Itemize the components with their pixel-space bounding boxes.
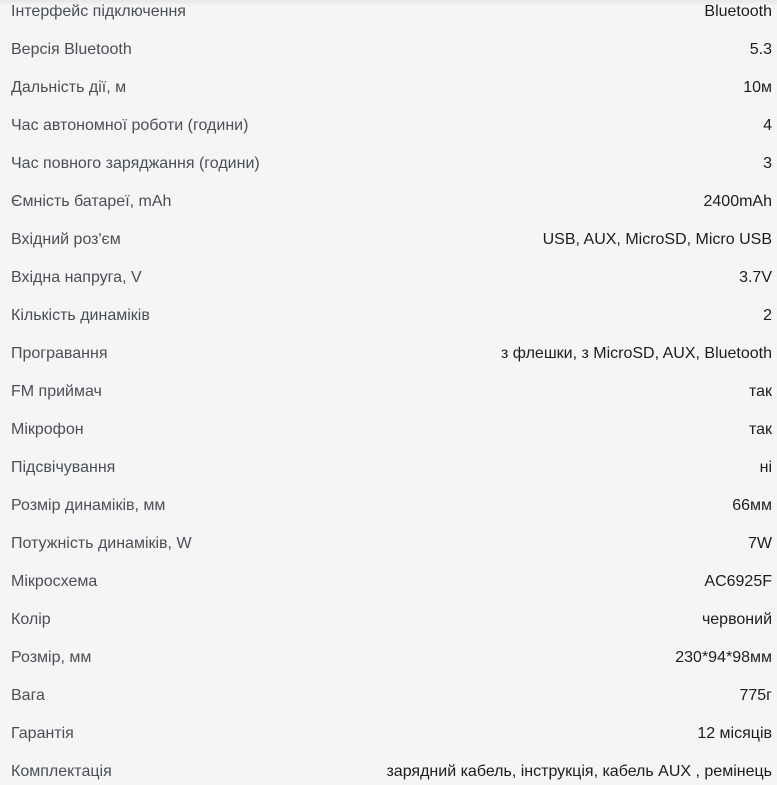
spec-row: FM приймач так (0, 373, 777, 411)
spec-label: Ємність батареї, mAh (11, 193, 171, 211)
spec-value: 775г (739, 687, 772, 705)
spec-label: Вхідний роз'єм (11, 231, 121, 249)
spec-label: Вага (11, 687, 45, 705)
spec-value: 230*94*98мм (675, 649, 772, 667)
specifications-table: Інтерфейс підключення Bluetooth Версія B… (0, 0, 777, 785)
spec-row: Мікрофон так (0, 411, 777, 449)
spec-value: ні (760, 459, 772, 477)
spec-row: Вхідна напруга, V 3.7V (0, 259, 777, 297)
spec-row: Програвання з флешки, з MicroSD, AUX, Bl… (0, 335, 777, 373)
spec-label: Колір (11, 611, 51, 629)
spec-row: Кількість динаміків 2 (0, 297, 777, 335)
spec-row: Розмір динаміків, мм 66мм (0, 487, 777, 525)
spec-label: Вхідна напруга, V (11, 269, 142, 287)
spec-row: Мікросхема AC6925F (0, 563, 777, 601)
spec-value: червоний (702, 611, 772, 629)
spec-row: Комплектація зарядний кабель, інструкція… (0, 753, 777, 785)
spec-value: 3 (763, 155, 772, 173)
spec-row: Вхідний роз'єм USB, AUX, MicroSD, Micro … (0, 221, 777, 259)
spec-label: Програвання (11, 345, 107, 363)
spec-value: зарядний кабель, інструкція, кабель AUX … (386, 763, 772, 781)
spec-label: Розмір динаміків, мм (11, 497, 165, 515)
spec-label: Комплектація (11, 763, 112, 781)
spec-label: Підсвічування (11, 459, 115, 477)
spec-row: Вага 775г (0, 677, 777, 715)
spec-label: Мікрофон (11, 421, 84, 439)
spec-row: Підсвічування ні (0, 449, 777, 487)
spec-value: USB, AUX, MicroSD, Micro USB (543, 231, 772, 249)
spec-value: з флешки, з MicroSD, AUX, Bluetooth (501, 345, 772, 363)
spec-row: Потужність динаміків, W 7W (0, 525, 777, 563)
spec-label: Час автономної роботи (години) (11, 117, 248, 135)
spec-row: Розмір, мм 230*94*98мм (0, 639, 777, 677)
spec-label: FM приймач (11, 383, 102, 401)
spec-value: 4 (763, 117, 772, 135)
spec-value: 5.3 (750, 41, 772, 59)
spec-label: Мікросхема (11, 573, 97, 591)
spec-value: так (749, 383, 772, 401)
spec-value: 2400mAh (704, 193, 773, 211)
spec-value: 2 (763, 307, 772, 325)
spec-row: Гарантія 12 місяців (0, 715, 777, 753)
spec-label: Час повного заряджання (години) (11, 155, 260, 173)
spec-value: 12 місяців (697, 725, 772, 743)
spec-row: Колір червоний (0, 601, 777, 639)
spec-label: Кількість динаміків (11, 307, 150, 325)
spec-row: Версія Bluetooth 5.3 (0, 31, 777, 69)
spec-value: 7W (748, 535, 772, 553)
spec-label: Версія Bluetooth (11, 41, 132, 59)
spec-row: Час повного заряджання (години) 3 (0, 145, 777, 183)
spec-label: Гарантія (11, 725, 74, 743)
spec-row: Ємність батареї, mAh 2400mAh (0, 183, 777, 221)
spec-label: Потужність динаміків, W (11, 535, 192, 553)
spec-row: Дальність дії, м 10м (0, 69, 777, 107)
spec-label: Розмір, мм (11, 649, 91, 667)
spec-label: Дальність дії, м (11, 79, 126, 97)
spec-value: 66мм (732, 497, 772, 515)
spec-value: 3.7V (739, 269, 772, 287)
spec-value: AC6925F (704, 573, 772, 591)
spec-value: так (749, 421, 772, 439)
spec-row: Час автономної роботи (години) 4 (0, 107, 777, 145)
top-shadow (0, 0, 777, 6)
spec-value: 10м (743, 79, 772, 97)
